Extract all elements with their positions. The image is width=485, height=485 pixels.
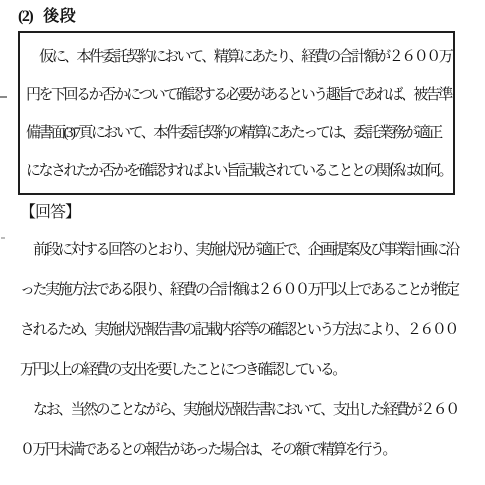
- text-line: ０万円未満であるとの報告があった場合は、その額で精算を行う。: [20, 430, 485, 470]
- scanned-legal-document-page: (2)後段 仮に、本件委託契約において、精算にあたり、経費の合計額が２６００万円…: [0, 0, 485, 485]
- text-line: った実施方法である限り、経費の合計額は２６００万円以上であることが推定: [20, 270, 485, 310]
- answer-body: 前段に対する回答のとおり、実施状況が適正で、企画提案及び事業計画に沿った実施方法…: [20, 230, 485, 470]
- section-title: 後段: [43, 8, 76, 25]
- answer-paragraph: なお、当然のことながら、実施状況報告書において、支出した経費が２６００万円未満で…: [20, 390, 485, 470]
- scan-artifact: [0, 96, 7, 98]
- text-line: 万円以上の経費の支出を要したことにつき確認している。: [20, 350, 485, 390]
- text-line: なお、当然のことながら、実施状況報告書において、支出した経費が２６０: [20, 390, 485, 430]
- section-heading: (2)後段: [18, 6, 485, 27]
- text-line: 円を下回るか否かについて確認する必要があるという趣旨であれば、被告準: [26, 76, 449, 114]
- text-line: 仮に、本件委託契約において、精算にあたり、経費の合計額が２６００万: [26, 38, 449, 76]
- text-line: 備書面(3)7頁において、本件委託契約の精算にあたっては、委託業務が適正: [26, 114, 449, 152]
- scan-artifact: [1, 237, 5, 239]
- text-line: されるため、実施状況報告書の記載内容等の確認という方法により、２６００: [20, 310, 485, 350]
- answer-paragraph: 前段に対する回答のとおり、実施状況が適正で、企画提案及び事業計画に沿った実施方法…: [20, 230, 485, 390]
- boxed-question: 仮に、本件委託契約において、精算にあたり、経費の合計額が２６００万円を下回るか否…: [18, 31, 455, 195]
- answer-label: 【回答】: [20, 200, 485, 226]
- text-line: になされたか否かを確認すればよい旨記載されていることとの関係は如何。: [26, 152, 449, 190]
- text-line: 前段に対する回答のとおり、実施状況が適正で、企画提案及び事業計画に沿: [20, 230, 485, 270]
- section-number: (2): [18, 8, 32, 25]
